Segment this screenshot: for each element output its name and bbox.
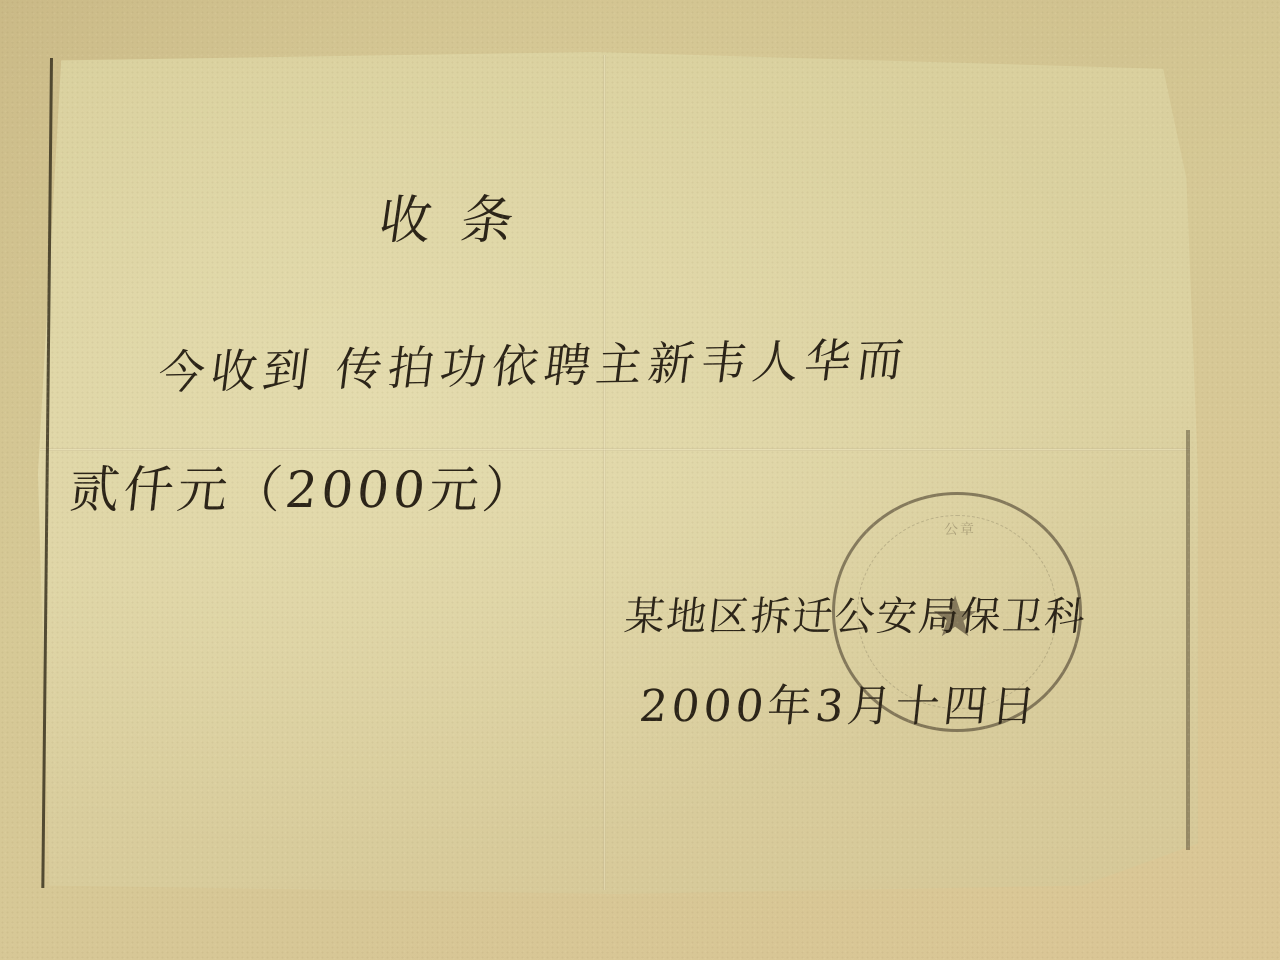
vertical-fold-crease	[603, 55, 606, 890]
receipt-date: 2000年3月十四日	[637, 670, 1044, 734]
issuer-signature-line: 某地区拆迁公安局保卫科	[622, 585, 1090, 642]
receipt-title: 收条	[375, 178, 550, 253]
right-torn-edge	[1186, 430, 1190, 850]
receipt-amount-line: 贰仟元（2000元）	[66, 450, 541, 522]
seal-ring-text: 公章	[855, 519, 1065, 539]
receipt-body-line-1: 今收到 传拍功依聘主新韦人华而	[155, 323, 913, 402]
